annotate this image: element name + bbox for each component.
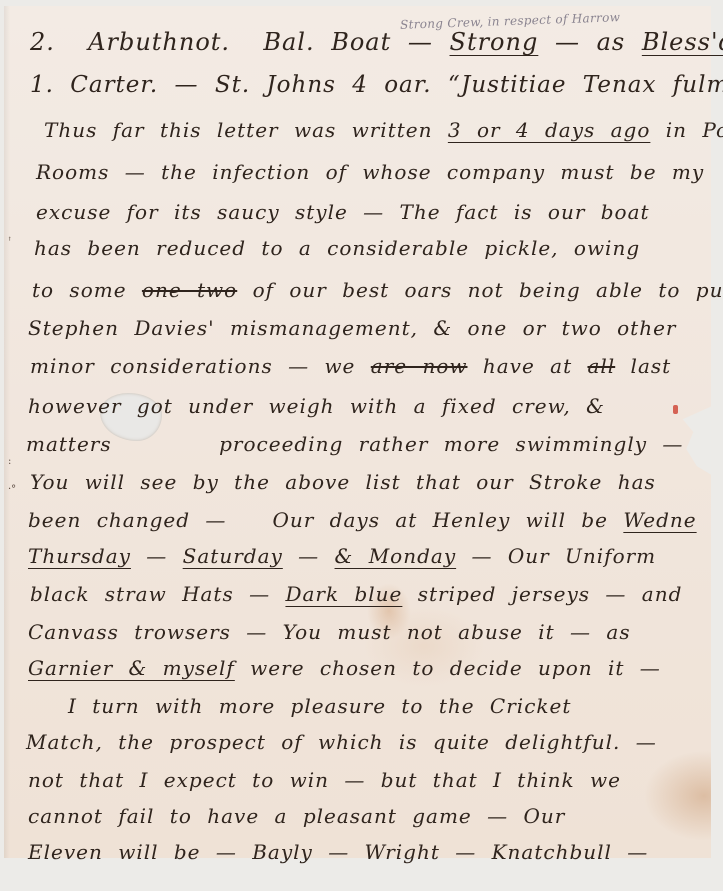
letter-line-10: however got under weigh with a fixed cre… [28, 394, 605, 418]
letter-line-5: excuse for its saucy style — The fact is… [36, 200, 650, 224]
letter-line-19: Match, the prospect of which is quite de… [26, 730, 657, 754]
letter-line-12: You will see by the above list that our … [30, 470, 656, 494]
letter-line-17: Garnier & myself were chosen to decide u… [28, 656, 661, 680]
letter-line-9: minor considerations — we are now have a… [30, 354, 671, 378]
letter-line-8: Stephen Davies' mismanagement, & one or … [28, 316, 676, 340]
letter-line-18: I turn with more pleasure to the Cricket [68, 694, 571, 718]
letter-line-21: cannot fail to have a pleasant game — Ou… [28, 804, 565, 828]
underlined-text: Bless'd best. [642, 28, 723, 56]
red-seal-fragment [673, 405, 678, 414]
letter-line-16: Canvass trowsers — You must not abuse it… [28, 620, 631, 644]
letter-line-6: has been reduced to a considerable pickl… [34, 236, 640, 260]
letter-line-13: been changed — Our days at Henley will b… [28, 508, 697, 532]
letter-line-15: black straw Hats — Dark blue striped jer… [30, 582, 682, 606]
scan-stage: Strong Crew, in respect of Harrow ꜛ : ·°… [0, 0, 723, 891]
line-text: 2. Arbuthnot. Bal. Boat — Strong — as [30, 28, 642, 56]
letter-line-7: to some one two of our best oars not bei… [32, 278, 723, 302]
margin-mark: ·° [8, 484, 16, 495]
letter-line-1: 2. Arbuthnot. Bal. Boat — Strong — as Bl… [30, 28, 723, 56]
letter-line-11: matters proceeding rather more swimmingl… [26, 432, 683, 456]
letter-line-3: Thus far this letter was written 3 or 4 … [44, 118, 723, 142]
letter-line-4: Rooms — the infection of whose company m… [36, 160, 704, 184]
letter-line-14: Thursday — Saturday — & Monday — Our Uni… [28, 544, 656, 568]
margin-mark: : [8, 456, 11, 467]
page-fold-shadow [4, 6, 10, 858]
letter-line-2: 1. Carter. — St. Johns 4 oar. “Justitiae… [30, 72, 723, 98]
letter-line-22: Eleven will be — Bayly — Wright — Knatch… [28, 840, 648, 864]
letter-line-20: not that I expect to win — but that I th… [28, 768, 621, 792]
margin-mark: ꜛ [8, 236, 12, 247]
